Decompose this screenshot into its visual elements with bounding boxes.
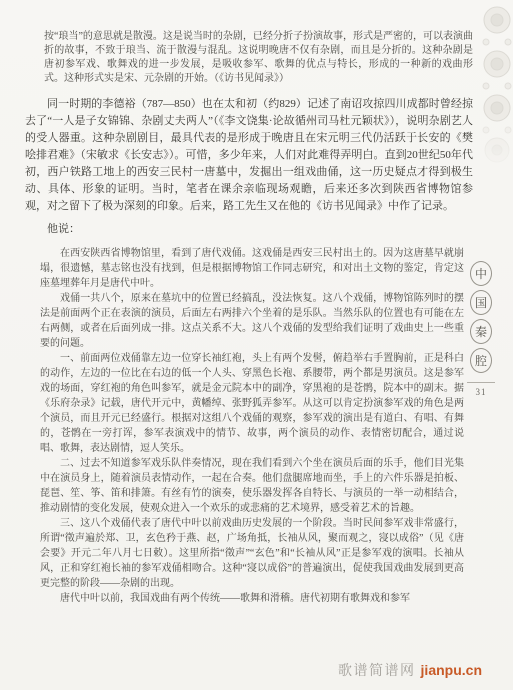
text-column: 按“琅当”的意思就是散漫。这是说当时的杂剧，已经分折子扮演故事，形式是严密的，可… xyxy=(25,30,473,606)
quote-paragraph-eight-figurines: 戏俑一共八个，原来在墓坑中的位置已经搞乱，没法恢复。这八个戏俑，博物馆陈列时的摆… xyxy=(40,291,464,351)
quote-paragraph-museum: 在西安陕西省博物馆里，看到了唐代戏俑。这戏俑是西安三民村出土的。因为这唐墓早就崩… xyxy=(40,246,464,291)
title-char-oval: 国 xyxy=(470,290,492,315)
block-quote-fangshu-jianwenlu: 在西安陕西省博物馆里，看到了唐代戏俑。这戏俑是西安三民村出土的。因为这唐墓早就崩… xyxy=(40,246,464,606)
quote-continuation-paragraph: 按“琅当”的意思就是散漫。这是说当时的杂剧，已经分折子扮演故事，形式是严密的，可… xyxy=(44,30,473,86)
quote-paragraph-two-traditions: 唐代中叶以前，我国戏曲有两个传统——歌舞和滑稽。唐代初期有歌舞戏和参军 xyxy=(40,591,464,606)
body-paragraph-lideyu: 同一时期的李德裕（787—850）也在太和初（约829）记述了南诏攻掠四川成都时… xyxy=(25,96,473,215)
title-char-oval: 秦 xyxy=(470,319,492,344)
page-number-divider xyxy=(467,382,495,383)
title-char: 中 xyxy=(475,265,487,282)
title-char: 腔 xyxy=(475,352,487,369)
book-page: 按“琅当”的意思就是散漫。这是说当时的杂剧，已经分折子扮演故事，形式是严密的，可… xyxy=(0,0,513,690)
title-char-oval: 腔 xyxy=(470,348,492,373)
watermark-site-url: jianpu.cn xyxy=(421,662,482,678)
quote-paragraph-point-two: 二、过去不知道参军戏乐队伴奏情况，现在我们看到六个坐在演员后面的乐手，他们目光集… xyxy=(40,456,464,516)
quote-paragraph-point-one: 一、前面两位戏俑靠左边一位穿长袖红袍，头上有两个发髻，俯趋举右手置胸前，正是科白… xyxy=(40,351,464,456)
quote-paragraph-point-three: 三、这八个戏俑代表了唐代中叶以前戏曲历史发展的一个阶段。当时民间参军戏非常盛行，… xyxy=(40,516,464,591)
page-number: 31 xyxy=(466,387,496,397)
title-char: 国 xyxy=(475,294,487,311)
body-paragraph-he-said: 他说： xyxy=(25,221,473,238)
vertical-book-title: 中 国 秦 腔 31 xyxy=(466,261,496,397)
watermark: 歌谱简谱网jianpu.cn xyxy=(338,660,482,680)
title-char-oval: 中 xyxy=(470,261,492,286)
title-char: 秦 xyxy=(475,323,487,340)
watermark-site-name: 歌谱简谱网 xyxy=(338,662,416,678)
floral-ornament xyxy=(480,0,513,178)
